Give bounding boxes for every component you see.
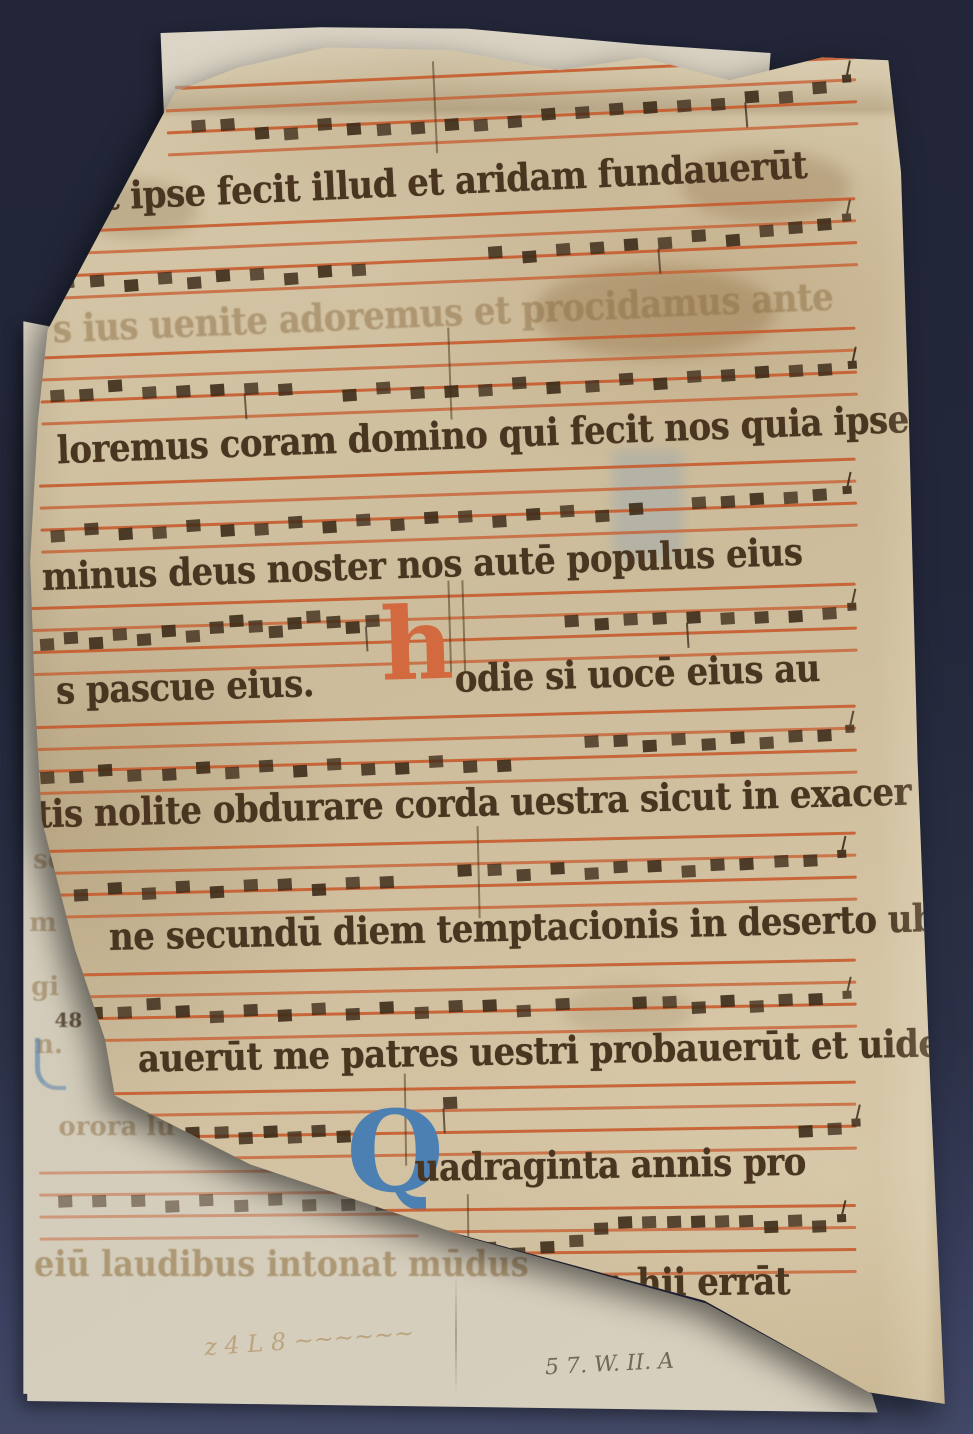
square-neume [346, 621, 361, 634]
square-neume [444, 118, 459, 131]
square-neume [512, 377, 527, 390]
square-neume [419, 1242, 434, 1255]
square-neume [818, 363, 833, 376]
square-neume [250, 268, 265, 281]
square-neume [550, 862, 565, 875]
square-neume [687, 370, 702, 383]
chant-text: s pascue eius. [55, 665, 314, 711]
music-system: c et dixi semper. hii errāt [0, 1203, 973, 1393]
square-neume [152, 526, 167, 539]
music-system: minus deus noster nos autē populus eius [0, 454, 973, 666]
square-neume [473, 119, 488, 132]
square-neume [108, 379, 123, 392]
square-neume [176, 385, 191, 398]
square-neume [803, 854, 818, 867]
square-neume [216, 269, 231, 282]
chant-text: c et dixi semper. hii errāt [322, 1263, 791, 1306]
square-neume [380, 1001, 395, 1014]
square-neume [613, 861, 628, 874]
chant-text: minus deus noster nos autē populus eius [41, 533, 803, 596]
square-neume [516, 1005, 531, 1018]
square-neume [691, 496, 706, 509]
square-neume [817, 729, 832, 742]
music-system: s ius uenite adoremus et procidamus ante [0, 192, 973, 413]
divider-stroke [432, 61, 438, 153]
square-neume [376, 123, 391, 136]
square-neume [156, 1133, 171, 1146]
music-system: s pascue eius.hodie si uocē eius au [0, 579, 973, 788]
staff-line [29, 583, 856, 611]
divider-stroke [404, 1074, 407, 1166]
staff-line [50, 219, 857, 256]
square-neume [711, 98, 726, 111]
staff-line [30, 1003, 857, 1022]
square-neume [458, 864, 473, 877]
square-neume [161, 625, 176, 638]
square-neume [239, 1132, 254, 1145]
square-neume [613, 734, 628, 747]
staff-line [30, 749, 857, 774]
staff-line [29, 959, 856, 978]
chant-text: s ius uenite adoremus et procidamus ante [52, 278, 834, 349]
square-neume [186, 519, 201, 532]
square-neume [594, 618, 609, 631]
staff-line [30, 854, 857, 876]
square-neume [414, 1007, 429, 1020]
music-system: Quadraginta annis pro [0, 1079, 973, 1274]
square-neume [755, 366, 770, 379]
square-neume [798, 1125, 813, 1138]
square-neume [327, 758, 342, 771]
main-leaf-layer: et ipse fecit illud et aridam fundauerūt… [0, 0, 973, 1434]
photograph-stage: se m gi n. 48 orora lu eiū laudibus into… [0, 0, 973, 1434]
square-neume [822, 607, 837, 620]
staff-line [41, 393, 858, 426]
square-neume [808, 993, 823, 1006]
square-neume [346, 1008, 361, 1021]
square-neume [98, 1134, 113, 1147]
square-neume [89, 274, 104, 287]
staff-line [30, 1147, 857, 1163]
divider-stroke [447, 328, 452, 420]
square-neume [127, 1128, 142, 1141]
music-system: auerūt me patres uestri probauerūt et ui… [0, 956, 973, 1155]
square-neume [721, 495, 736, 508]
square-neume [176, 880, 191, 893]
square-neume [686, 611, 701, 624]
staff-line [41, 524, 858, 554]
staff-line [40, 371, 857, 404]
divider-stroke [447, 581, 452, 673]
square-neume [618, 1216, 633, 1229]
square-neume [293, 765, 308, 778]
music-system: et ipse fecit illud et aridam fundauerūt [0, 51, 973, 275]
square-neume [720, 612, 735, 625]
square-neume [546, 381, 561, 394]
square-neume [594, 510, 609, 523]
square-neume [623, 613, 638, 626]
square-neume [691, 1001, 706, 1014]
red-initial-h: h [379, 601, 454, 688]
staff-line [370, 1270, 857, 1278]
square-neume [540, 1241, 555, 1254]
chant-text: auerūt me patres uestri probauerūt et ui… [137, 1025, 939, 1078]
square-neume [812, 1220, 827, 1233]
square-neume [395, 762, 410, 775]
custos-neume [842, 486, 852, 495]
square-neume [788, 221, 803, 234]
square-neume [40, 771, 55, 784]
square-neume [681, 865, 696, 878]
square-neume [187, 276, 202, 289]
square-neume [779, 994, 794, 1007]
square-neume [210, 886, 225, 899]
square-neume [268, 625, 283, 638]
square-neume [161, 768, 176, 781]
staff-line [30, 1103, 857, 1119]
square-neume [263, 1125, 278, 1138]
staff-line [167, 100, 857, 134]
square-neume [40, 638, 55, 651]
square-neume [191, 119, 206, 132]
square-neume [691, 229, 706, 242]
chant-text: uadraginta annis pro [414, 1143, 806, 1187]
staff-line [30, 627, 857, 655]
square-neume [759, 737, 774, 750]
square-neume [788, 730, 803, 743]
chant-text: et ipse fecit illud et aridam fundauerūt [82, 146, 808, 217]
square-neume [653, 377, 668, 390]
square-neume [642, 1216, 657, 1229]
square-neume [64, 631, 79, 644]
square-neume [662, 996, 677, 1009]
square-neume [137, 633, 152, 646]
chant-text: odie si uocē eius au [454, 650, 820, 699]
square-neume [248, 620, 263, 633]
square-neume [628, 502, 643, 515]
square-neume [463, 760, 478, 773]
square-neume [244, 879, 259, 892]
square-neume [318, 265, 333, 278]
square-neume [376, 382, 391, 395]
square-neume [278, 383, 293, 396]
music-system: ne secundū diem temptacionis in deserto … [0, 829, 973, 1031]
square-neume [312, 883, 327, 896]
square-neume [657, 237, 672, 250]
square-neume [813, 488, 828, 501]
square-neume [443, 1097, 458, 1110]
square-neume [569, 1235, 584, 1248]
square-neume [259, 760, 274, 773]
square-neume [185, 1127, 200, 1140]
square-neume [647, 860, 662, 873]
square-neume [50, 530, 65, 543]
blue-initial-Q: Q [346, 1104, 445, 1201]
square-neume [584, 867, 599, 880]
square-neume [288, 516, 303, 529]
square-neume [356, 514, 371, 527]
square-neume [643, 101, 658, 114]
square-neume [739, 1215, 754, 1228]
square-neume [424, 511, 439, 524]
staff-line [370, 1226, 857, 1234]
square-neume [312, 1003, 327, 1016]
square-neume [365, 615, 380, 628]
staff-line [168, 122, 858, 156]
staff-line [51, 263, 858, 300]
square-neume [317, 118, 332, 131]
divider-stroke [467, 1194, 470, 1286]
square-neume [210, 384, 225, 397]
staff-line [31, 649, 858, 677]
square-neume [88, 637, 103, 650]
square-neume [146, 998, 161, 1011]
square-neume [60, 276, 75, 289]
square-neume [643, 740, 658, 753]
square-neume [39, 1129, 54, 1142]
square-neume [482, 1242, 497, 1255]
top-edge-curl [136, 28, 914, 118]
square-neume [788, 610, 803, 623]
square-neume [278, 1009, 293, 1022]
staff-line [29, 1081, 856, 1097]
square-neume [112, 628, 127, 641]
square-neume [390, 518, 405, 531]
square-neume [410, 122, 425, 135]
staff-line [165, 56, 855, 90]
square-neume [229, 615, 244, 628]
staff-line [370, 1204, 857, 1212]
staff-line [29, 705, 856, 730]
square-neume [526, 508, 541, 521]
staff-line [370, 1248, 857, 1256]
divider-stroke [462, 580, 467, 672]
square-neume [720, 995, 735, 1008]
square-neume [487, 246, 502, 259]
square-neume [88, 1007, 103, 1020]
square-neume [356, 1132, 371, 1145]
square-neume [779, 91, 794, 104]
square-neume [482, 999, 497, 1012]
square-neume [730, 731, 745, 744]
square-neume [788, 1214, 803, 1227]
square-neume [244, 382, 259, 395]
square-neume [39, 1008, 54, 1021]
square-neume [565, 615, 580, 628]
square-neume [701, 738, 716, 751]
square-neume [255, 127, 270, 140]
custos-neume [847, 360, 857, 369]
square-neume [633, 996, 648, 1009]
custos-neume [842, 991, 851, 999]
square-neume [511, 1247, 526, 1260]
square-neume [725, 234, 740, 247]
square-neume [609, 103, 624, 116]
square-neume [677, 99, 692, 112]
square-neume [225, 767, 240, 780]
square-neume [287, 617, 302, 630]
staff-line [40, 480, 857, 510]
staff-line [50, 241, 857, 278]
staff-line [29, 832, 856, 854]
square-neume [244, 1004, 259, 1017]
square-neume [74, 889, 89, 902]
square-neume [666, 1216, 681, 1229]
square-neume [118, 527, 133, 540]
custos-neume [837, 850, 846, 859]
square-neume [541, 108, 556, 121]
square-neume [589, 242, 604, 255]
staff-line [40, 502, 857, 532]
square-neume [312, 1125, 327, 1138]
square-neume [284, 272, 299, 285]
custos-neume [837, 1214, 846, 1222]
square-neume [157, 272, 172, 285]
square-neume [585, 380, 600, 393]
square-neume [710, 858, 725, 871]
staff-line [30, 1125, 857, 1141]
custos-neume [841, 213, 851, 222]
square-neume [389, 1249, 404, 1262]
square-neume [827, 1123, 842, 1136]
square-neume [410, 386, 425, 399]
custos-neume [852, 1118, 861, 1126]
custos-neume [845, 724, 854, 733]
square-neume [284, 127, 299, 140]
square-neume [209, 621, 224, 634]
custos-neume [847, 602, 856, 611]
parchment-stain [78, 180, 198, 238]
square-neume [740, 858, 755, 871]
square-neume [287, 1131, 302, 1144]
square-neume [623, 238, 638, 251]
staff-line [30, 727, 857, 752]
square-neume [352, 263, 367, 276]
square-neume [117, 1006, 132, 1019]
staff-line [30, 605, 857, 633]
show-through-initial-ghost [613, 450, 683, 560]
square-neume [79, 388, 94, 401]
square-neume [429, 755, 444, 768]
square-neume [560, 505, 575, 518]
square-neume [278, 878, 293, 891]
chant-text: tis nolite obdurare corda uestra sicut i… [36, 773, 912, 834]
square-neume [759, 224, 774, 237]
square-neume [458, 510, 473, 523]
square-neume [478, 384, 493, 397]
square-neume [347, 122, 362, 135]
staff-line [30, 876, 857, 898]
square-neume [555, 998, 570, 1011]
square-neume [127, 769, 142, 782]
square-neume [593, 1222, 608, 1235]
square-neume [210, 1010, 225, 1023]
square-neume [220, 118, 235, 131]
staff-line [30, 1025, 857, 1044]
square-neume [50, 389, 65, 402]
chant-text: ne secundū diem temptacionis in deserto … [109, 900, 949, 957]
square-neume [516, 869, 531, 882]
square-neume [346, 877, 361, 890]
staff-line [30, 981, 857, 1000]
square-neume [68, 1128, 83, 1141]
staff-line [39, 327, 856, 360]
square-neume [584, 735, 599, 748]
square-neume [448, 1248, 463, 1261]
staff-line [31, 771, 858, 796]
square-neume [522, 250, 537, 263]
parchment-stain [564, 985, 694, 1037]
square-neume [69, 771, 84, 784]
square-neume [764, 1221, 779, 1234]
square-neume [789, 364, 804, 377]
chant-text: loremus coram domino qui fecit nos quia … [56, 401, 909, 470]
square-neume [185, 630, 200, 643]
square-neume [715, 1215, 730, 1228]
square-neume [813, 81, 828, 94]
square-neume [322, 521, 337, 534]
square-neume [774, 855, 789, 868]
square-neume [124, 279, 139, 292]
music-system: tis nolite obdurare corda uestra sicut i… [0, 702, 973, 907]
square-neume [784, 491, 799, 504]
square-neume [750, 492, 765, 505]
square-neume [361, 763, 376, 776]
square-neume [750, 1000, 765, 1013]
square-neume [220, 524, 235, 537]
square-neume [691, 1215, 706, 1228]
square-neume [492, 515, 507, 528]
square-neume [142, 887, 157, 900]
square-neume [754, 611, 769, 624]
square-neume [817, 218, 832, 231]
staff-line [40, 349, 857, 382]
music-system: loremus coram domino qui fecit nos quia … [0, 322, 973, 538]
square-neume [307, 610, 322, 623]
square-neume [326, 616, 341, 629]
square-neume [487, 863, 502, 876]
parchment-stain [535, 266, 775, 358]
square-neume [214, 1126, 229, 1139]
square-neume [380, 876, 395, 889]
square-neume [575, 106, 590, 119]
square-neume [721, 369, 736, 382]
square-neume [619, 373, 634, 386]
custos-neume [841, 74, 851, 83]
square-neume [497, 759, 512, 772]
manuscript-leaf: et ipse fecit illud et aridam fundauerūt… [0, 0, 973, 1434]
square-neume [39, 884, 54, 897]
square-neume [745, 90, 760, 103]
square-neume [342, 389, 357, 402]
square-neume [448, 1000, 463, 1013]
square-neume [176, 1005, 191, 1018]
divider-stroke [476, 826, 480, 918]
square-neume [555, 243, 570, 256]
staff-line [49, 197, 856, 234]
parchment-stain [681, 150, 851, 222]
square-neume [336, 1130, 351, 1143]
square-neume [195, 761, 210, 774]
square-neume [108, 882, 123, 895]
square-neume [254, 523, 269, 536]
square-neume [444, 385, 459, 398]
staff-line [31, 898, 858, 920]
staff-line [39, 458, 856, 488]
square-neume [84, 523, 99, 536]
square-neume [652, 612, 667, 625]
square-neume [507, 115, 522, 128]
